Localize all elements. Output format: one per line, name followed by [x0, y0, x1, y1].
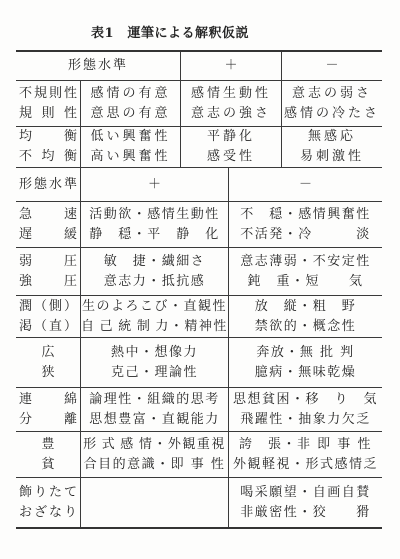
header-minus-b: －: [228, 168, 382, 201]
row-label: 連綿 分離: [16, 388, 80, 431]
meaning-cell: 感情の有意 意思の有意: [80, 81, 180, 126]
plus-cell: 論理性・組織的思考 思想豊富・直観能力: [80, 388, 228, 431]
row-label: 急速 遅緩: [16, 202, 80, 247]
row-label: 弱圧 強圧: [16, 248, 80, 295]
header-plus-b: ＋: [80, 168, 228, 201]
plus-cell: 敏 捷・繊細さ 意志力・抵抗感: [80, 248, 228, 295]
row-label: 広 狭: [16, 338, 80, 387]
plus-cell: 感情生動性 意志の強さ: [180, 81, 281, 126]
minus-cell: 誇 張・非 即 事 性 外観軽視・形式感情乏: [228, 432, 382, 477]
row-connected-separated: 連綿 分離 論理性・組織的思考 思想豊富・直観能力 思想貧困・移 り 気 飛躍性…: [16, 388, 382, 432]
meaning-cell: 低い興奮性 高い興奮性: [80, 127, 180, 167]
plus-cell: 活動欲・感情生動性 静 穏・平 静 化: [80, 202, 228, 247]
row-moist-dry: 潤（側） 渇（直） 生のよろこび・直観性 自 己 統 制 力・精神性 放 縦・粗…: [16, 296, 382, 338]
plus-cell: 生のよろこび・直観性 自 己 統 制 力・精神性: [80, 296, 228, 337]
row-label: 豊 貧: [16, 432, 80, 477]
row-label: 潤（側） 渇（直）: [16, 296, 80, 337]
table-title: 表1 運筆による解釈仮説: [91, 22, 249, 41]
header-form-level-b: 形態水準: [16, 168, 80, 201]
minus-cell: 意志の弱さ 感情の冷たさ: [281, 81, 382, 126]
minus-cell: 思想貧困・移 り 気 飛躍性・抽象力欠乏: [228, 388, 382, 431]
header-form-level-a: 形態水準: [16, 52, 180, 80]
row-irregularity: 不規則性 規則性 感情の有意 意思の有意 感情生動性 意志の強さ 意志の弱さ 感…: [16, 81, 382, 127]
header-minus-a: －: [281, 52, 382, 80]
row-speed: 急速 遅緩 活動欲・感情生動性 静 穏・平 静 化 不 穏・感情興奮性 不活発・…: [16, 202, 382, 248]
minus-cell: 喝采願望・自画自賛 非厳密性・狡 猾: [228, 478, 382, 527]
minus-cell: 奔放・無 批 判 臆病・無味乾燥: [228, 338, 382, 387]
plus-cell: 熱中・想像力 克己・理論性: [80, 338, 228, 387]
plus-cell: 平静化 感受性: [180, 127, 281, 167]
minus-cell: 意志薄弱・不安定性 鈍 重・短 気: [228, 248, 382, 295]
row-label: 均衡 不均衡: [16, 127, 80, 167]
plus-cell: 形 式 感 情・外観重視 合目的意識・即 事 性: [80, 432, 228, 477]
row-wide-narrow: 広 狭 熱中・想像力 克己・理論性 奔放・無 批 判 臆病・無味乾燥: [16, 338, 382, 388]
row-label: 不規則性 規則性: [16, 81, 80, 126]
page: 表1 運筆による解釈仮説 形態水準 ＋ － 不規則性 規則性 感情の有意 意思の…: [0, 0, 400, 559]
minus-cell: 放 縦・粗 野 禁欲的・概念性: [228, 296, 382, 337]
row-balance: 均衡 不均衡 低い興奮性 高い興奮性 平静化 感受性 無感応 易刺激性: [16, 127, 382, 168]
row-label: 飾りたて おざなり: [16, 478, 80, 527]
row-rich-poor: 豊 貧 形 式 感 情・外観重視 合目的意識・即 事 性 誇 張・非 即 事 性…: [16, 432, 382, 478]
header-row-section-b: 形態水準 ＋ －: [16, 168, 382, 202]
interpretation-table: 形態水準 ＋ － 不規則性 規則性 感情の有意 意思の有意 感情生動性 意志の強…: [16, 50, 382, 529]
row-ornate-careless: 飾りたて おざなり 喝采願望・自画自賛 非厳密性・狡 猾: [16, 478, 382, 527]
minus-cell: 無感応 易刺激性: [281, 127, 382, 167]
row-pressure: 弱圧 強圧 敏 捷・繊細さ 意志力・抵抗感 意志薄弱・不安定性 鈍 重・短 気: [16, 248, 382, 296]
minus-cell: 不 穏・感情興奮性 不活発・冷 淡: [228, 202, 382, 247]
header-plus-a: ＋: [180, 52, 281, 80]
header-row-section-a: 形態水準 ＋ －: [16, 52, 382, 81]
plus-cell-empty: [80, 478, 228, 527]
